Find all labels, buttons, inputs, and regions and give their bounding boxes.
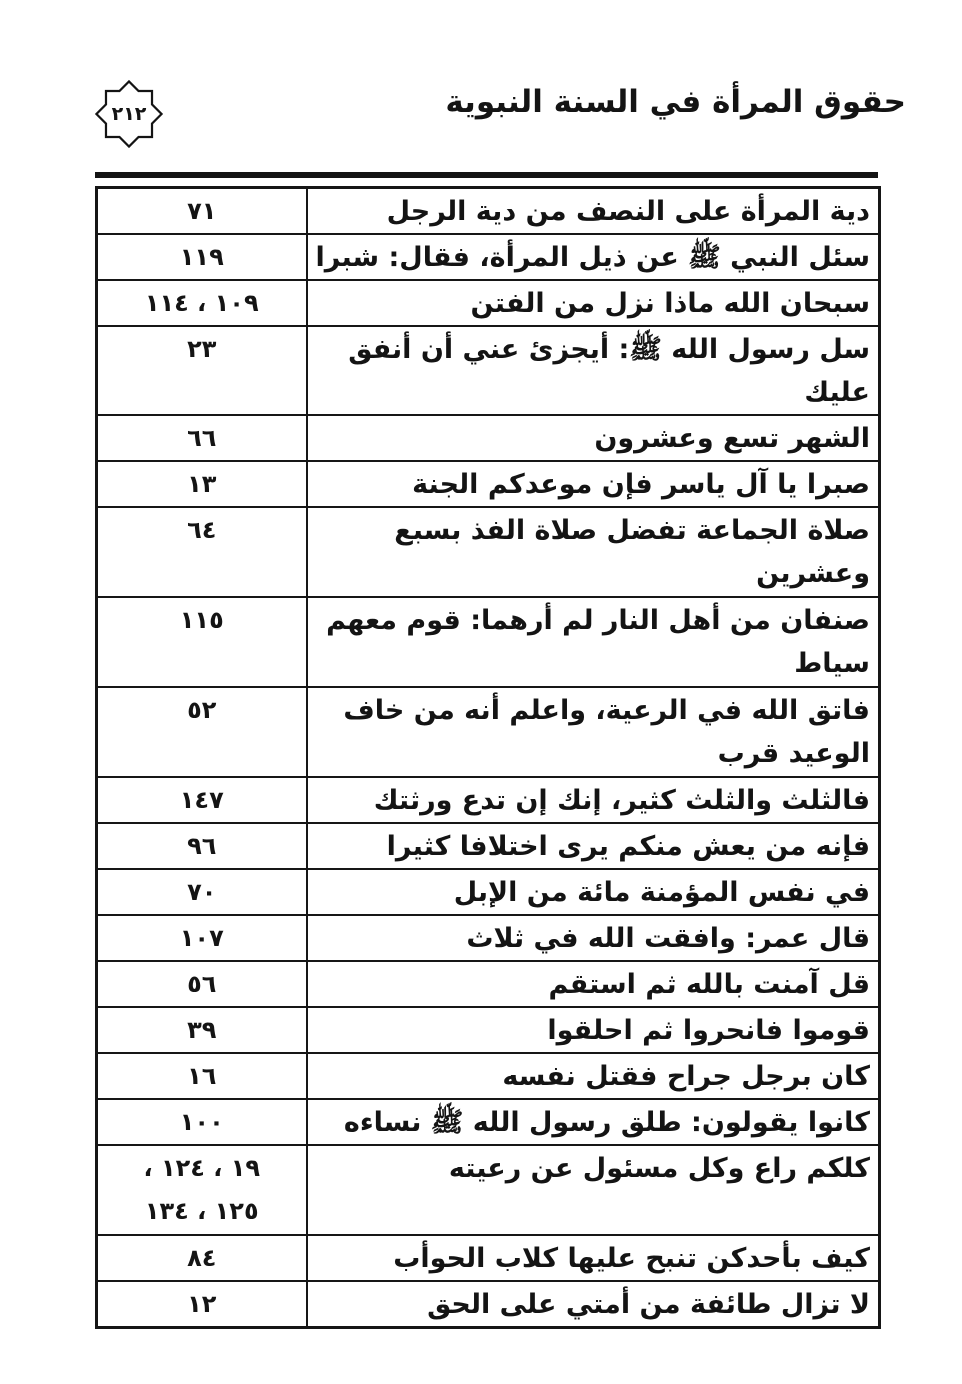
page-number-cell: ٩٦ <box>97 823 307 869</box>
separator-rule <box>95 172 878 178</box>
hadith-text-cell: في نفس المؤمنة مائة من الإبل <box>307 869 880 915</box>
page-number-cell: ٦٦ <box>97 415 307 461</box>
hadith-text-cell: فاتق الله في الرعية، واعلم أنه من خاف ال… <box>307 687 880 777</box>
hadith-text-cell: فإنه من يعش منكم يرى اختلافا كثيرا <box>307 823 880 869</box>
table-row: في نفس المؤمنة مائة من الإبل٧٠ <box>97 869 880 915</box>
table-row: فإنه من يعش منكم يرى اختلافا كثيرا٩٦ <box>97 823 880 869</box>
hadith-text-cell: كلكم راع وكل مسئول عن رعيته <box>307 1145 880 1235</box>
table-row: قوموا فانحروا ثم احلقوا٣٩ <box>97 1007 880 1053</box>
page-number-cell: ١٦ <box>97 1053 307 1099</box>
page-number-ornament: ٢١٢ <box>92 74 166 154</box>
table-row: قال عمر: وافقت الله في ثلاث١٠٧ <box>97 915 880 961</box>
page-number-cell: ١٠٧ <box>97 915 307 961</box>
table-row: صبرا يا آل ياسر فإن موعدكم الجنة١٣ <box>97 461 880 507</box>
page-number-cell: ١٠٩ ، ١١٤ <box>97 280 307 326</box>
table-row: سبحان الله ماذا نزل من الفتن١٠٩ ، ١١٤ <box>97 280 880 326</box>
hadith-text-cell: فالثلث والثلث كثير، إنك إن تدع ورثتك <box>307 777 880 823</box>
hadith-text-cell: لا تزال طائفة من أمتي على الحق <box>307 1281 880 1328</box>
table-row: كانوا يقولون: طلق رسول الله ﷺ نساءه١٠٠ <box>97 1099 880 1145</box>
table-row: صلاة الجماعة تفضل صلاة الفذ بسبع وعشرين٦… <box>97 507 880 597</box>
hadith-text-cell: سئل النبي ﷺ عن ذيل المرأة، فقال: شبرا <box>307 234 880 280</box>
table-row: لا تزال طائفة من أمتي على الحق١٢ <box>97 1281 880 1328</box>
page-number-cell: ١٠٠ <box>97 1099 307 1145</box>
table-row: سل رسول الله ﷺ: أيجزئ عني أن أنفق عليك٢٣ <box>97 326 880 415</box>
hadith-index-table: دية المرأة على النصف من دية الرجل٧١سئل ا… <box>95 186 881 1329</box>
table-row: سئل النبي ﷺ عن ذيل المرأة، فقال: شبرا١١٩ <box>97 234 880 280</box>
hadith-text-cell: قل آمنت بالله ثم استقم <box>307 961 880 1007</box>
hadith-text-cell: صنفان من أهل النار لم أرهما: قوم معهم سي… <box>307 597 880 687</box>
page-number-cell: ٦٤ <box>97 507 307 597</box>
page-number-cell: ٧١ <box>97 188 307 235</box>
hadith-text-cell: كانوا يقولون: طلق رسول الله ﷺ نساءه <box>307 1099 880 1145</box>
page-number-cell: ١٢ <box>97 1281 307 1328</box>
page-number-cell: ٣٩ <box>97 1007 307 1053</box>
page-number-cell: ٢٣ <box>97 326 307 415</box>
page-number-cell: ٥٢ <box>97 687 307 777</box>
page-number: ٢١٢ <box>92 74 166 154</box>
hadith-text-cell: قال عمر: وافقت الله في ثلاث <box>307 915 880 961</box>
table-row: قل آمنت بالله ثم استقم٥٦ <box>97 961 880 1007</box>
table-row: كيف بأحدكن تنبح عليها كلاب الحوأب٨٤ <box>97 1235 880 1281</box>
hadith-text-cell: سبحان الله ماذا نزل من الفتن <box>307 280 880 326</box>
hadith-text-cell: الشهر تسع وعشرون <box>307 415 880 461</box>
table-row: فالثلث والثلث كثير، إنك إن تدع ورثتك١٤٧ <box>97 777 880 823</box>
page-number-cell: ١١٥ <box>97 597 307 687</box>
page-number-cell: ١٣ <box>97 461 307 507</box>
page-number-cell: ١٤٧ <box>97 777 307 823</box>
table-row: الشهر تسع وعشرون٦٦ <box>97 415 880 461</box>
table-row: فاتق الله في الرعية، واعلم أنه من خاف ال… <box>97 687 880 777</box>
hadith-text-cell: قوموا فانحروا ثم احلقوا <box>307 1007 880 1053</box>
page-number-cell: ٨٤ <box>97 1235 307 1281</box>
hadith-text-cell: صبرا يا آل ياسر فإن موعدكم الجنة <box>307 461 880 507</box>
table-row: كان برجل جراح فقتل نفسه١٦ <box>97 1053 880 1099</box>
table-row: دية المرأة على النصف من دية الرجل٧١ <box>97 188 880 235</box>
hadith-text-cell: دية المرأة على النصف من دية الرجل <box>307 188 880 235</box>
hadith-text-cell: سل رسول الله ﷺ: أيجزئ عني أن أنفق عليك <box>307 326 880 415</box>
page-number-cell: ٥٦ <box>97 961 307 1007</box>
table-row: كلكم راع وكل مسئول عن رعيته١٩ ، ١٢٤ ، ١٢… <box>97 1145 880 1235</box>
hadith-text-cell: كان برجل جراح فقتل نفسه <box>307 1053 880 1099</box>
page-number-cell: ١١٩ <box>97 234 307 280</box>
table-row: صنفان من أهل النار لم أرهما: قوم معهم سي… <box>97 597 880 687</box>
page-number-cell: ٧٠ <box>97 869 307 915</box>
hadith-text-cell: صلاة الجماعة تفضل صلاة الفذ بسبع وعشرين <box>307 507 880 597</box>
page-number-cell: ١٩ ، ١٢٤ ، ١٢٥ ، ١٣٤ <box>97 1145 307 1235</box>
book-title: حقوق المرأة في السنة النبوية <box>445 84 906 120</box>
hadith-text-cell: كيف بأحدكن تنبح عليها كلاب الحوأب <box>307 1235 880 1281</box>
